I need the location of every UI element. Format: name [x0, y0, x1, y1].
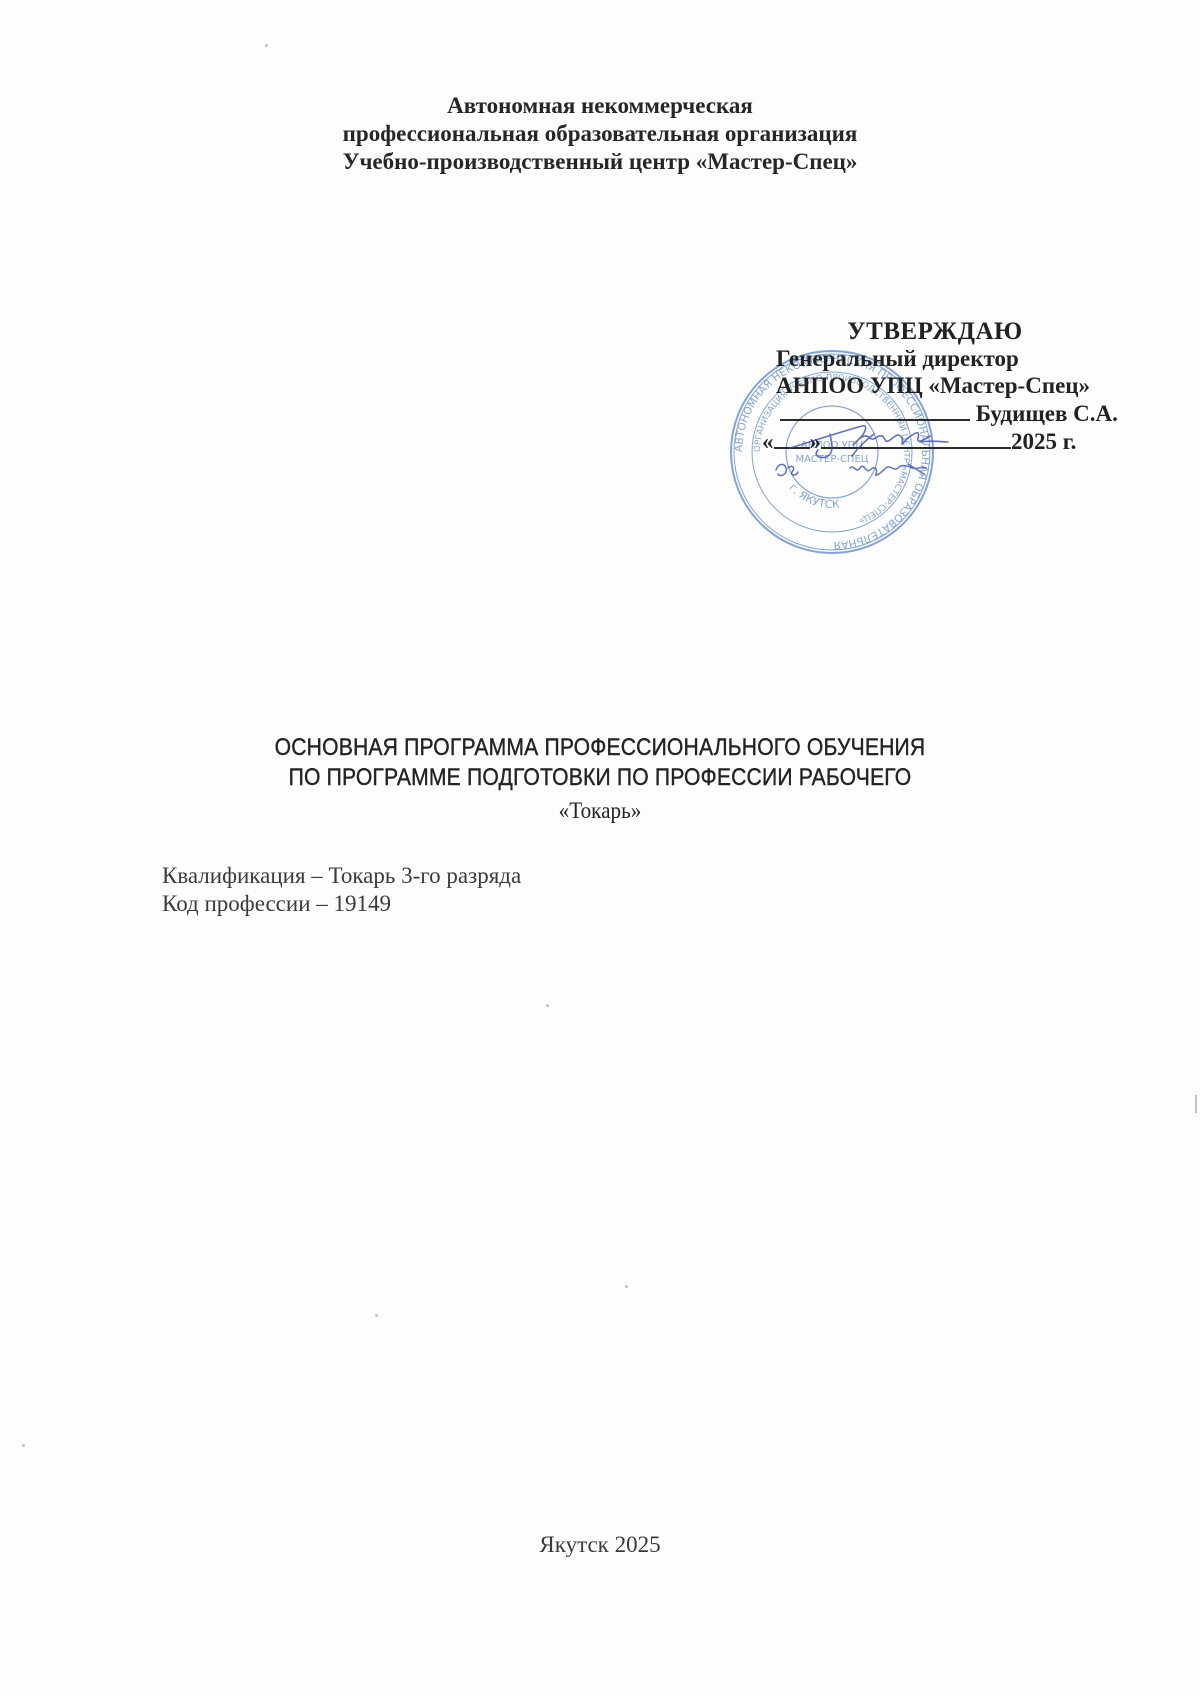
scan-speck: [375, 1314, 378, 1317]
organization-line: профессиональная образовательная организ…: [0, 120, 1200, 148]
footer-city-year: Якутск 2025: [0, 1532, 1200, 1558]
qualification: Квалификация – Токарь 3-го разряда: [162, 862, 521, 890]
approval-title: УТВЕРЖДАЮ: [790, 318, 1080, 345]
date-year: 2025 г.: [1011, 429, 1076, 454]
stamp-city-text: г. ЯКУТСК: [787, 481, 841, 511]
date-open-quote: «: [762, 429, 774, 454]
date-close-quote: »: [810, 429, 822, 454]
program-title-line1: ОСНОВНАЯ ПРОГРАММА ПРОФЕССИОНАЛЬНОГО ОБУ…: [72, 733, 1128, 763]
svg-text:г. ЯКУТСК: г. ЯКУТСК: [787, 481, 841, 511]
approver-organization: АНПОО УПЦ «Мастер-Спец»: [760, 372, 1160, 399]
signatory-name: Будищев С.А.: [976, 401, 1118, 426]
signature-line: Будищев С.А.: [760, 399, 1160, 427]
program-details: Квалификация – Токарь 3-го разряда Код п…: [162, 862, 521, 918]
approval-block: УТВЕРЖДАЮ Генеральный директор АНПОО УПЦ…: [760, 318, 1160, 455]
program-title-line2: ПО ПРОГРАММЕ ПОДГОТОВКИ ПО ПРОФЕССИИ РАБ…: [72, 763, 1128, 793]
organization-line: Учебно-производственный центр «Мастер-Сп…: [0, 148, 1200, 176]
approver-position: Генеральный директор: [760, 345, 1160, 372]
stamp-center-line2: МАСТЕР-СПЕЦ: [795, 454, 868, 465]
document-page: Автономная некоммерческая профессиональн…: [0, 0, 1200, 1696]
program-title-block: ОСНОВНАЯ ПРОГРАММА ПРОФЕССИОНАЛЬНОГО ОБУ…: [0, 733, 1200, 825]
organization-header: Автономная некоммерческая профессиональн…: [0, 92, 1200, 176]
organization-line: Автономная некоммерческая: [0, 92, 1200, 120]
date-month-field: [821, 427, 1011, 449]
scan-speck: [22, 1444, 25, 1447]
profession-code: Код профессии – 19149: [162, 890, 521, 918]
signature-field: [780, 399, 970, 421]
scan-speck: [265, 44, 268, 47]
scan-speck: [625, 1285, 628, 1288]
approval-date: «»2025 г.: [760, 427, 1160, 455]
profession-name: «Токарь»: [48, 797, 1152, 825]
scan-speck: [546, 1004, 549, 1007]
scan-speck: [1195, 1095, 1197, 1113]
date-day-field: [774, 427, 810, 449]
